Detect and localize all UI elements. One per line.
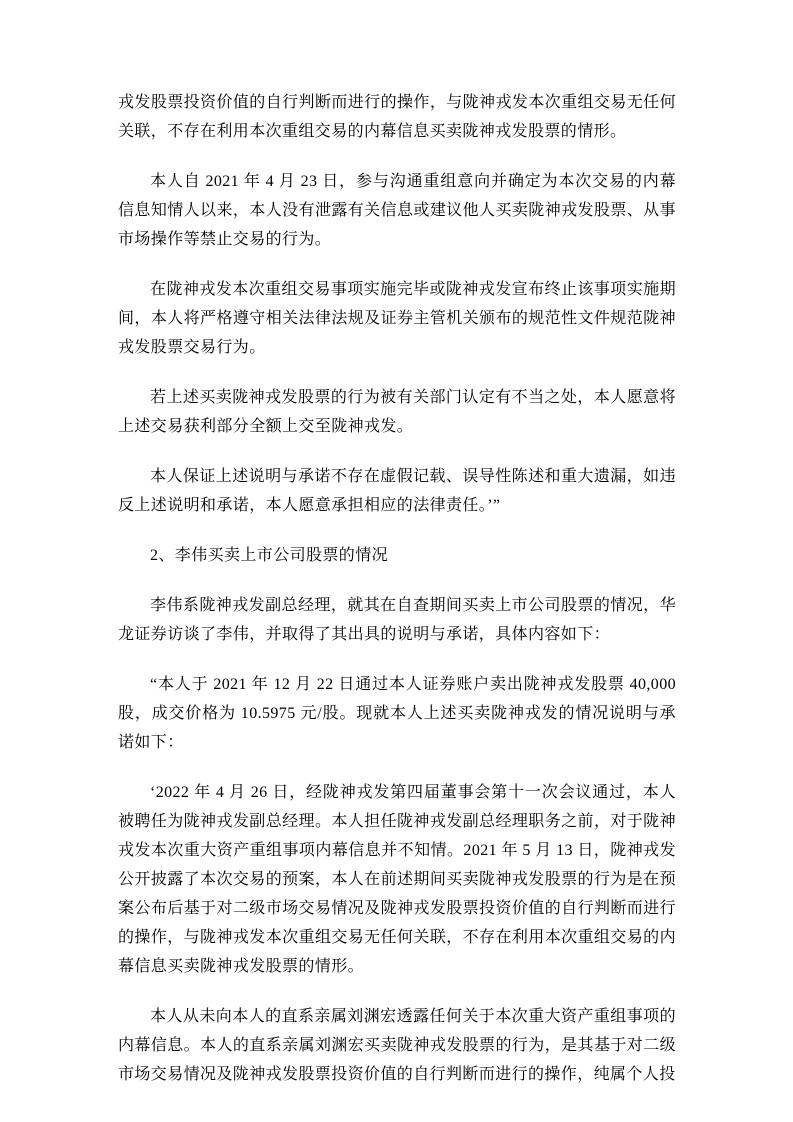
paragraph: 在陇神戎发本次重组交易事项实施完毕或陇神戎发宣布终止该事项实施期间，本人将严格遵… bbox=[118, 275, 676, 362]
document-body: 戎发股票投资价值的自行判断而进行的操作，与陇神戎发本次重组交易无任何关联，不存在… bbox=[118, 88, 676, 1089]
paragraph: 本人保证上述说明与承诺不存在虚假记载、误导性陈述和重大遗漏，如违反上述说明和承诺… bbox=[118, 462, 676, 520]
paragraph: 李伟系陇神戎发副总经理，就其在自查期间买卖上市公司股票的情况，华龙证券访谈了李伟… bbox=[118, 591, 676, 649]
document-page: 戎发股票投资价值的自行判断而进行的操作，与陇神戎发本次重组交易无任何关联，不存在… bbox=[0, 0, 793, 1122]
paragraph-continued-from-previous-page: 戎发股票投资价值的自行判断而进行的操作，与陇神戎发本次重组交易无任何关联，不存在… bbox=[118, 88, 676, 146]
paragraph: “本人于 2021 年 12 月 22 日通过本人证券账户卖出陇神戎发股票 40… bbox=[118, 670, 676, 757]
paragraph: ‘2022 年 4 月 26 日，经陇神戎发第四届董事会第十一次会议通过，本人被… bbox=[118, 778, 676, 981]
section-heading-item-2: 2、李伟买卖上市公司股票的情况 bbox=[118, 541, 676, 570]
paragraph: 本人自 2021 年 4 月 23 日，参与沟通重组意向并确定为本次交易的内幕信… bbox=[118, 167, 676, 254]
paragraph: 若上述买卖陇神戎发股票的行为被有关部门认定有不当之处，本人愿意将上述交易获利部分… bbox=[118, 383, 676, 441]
paragraph-continues-next-page: 本人从未向本人的直系亲属刘渊宏透露任何关于本次重大资产重组事项的内幕信息。本人的… bbox=[118, 1002, 676, 1089]
